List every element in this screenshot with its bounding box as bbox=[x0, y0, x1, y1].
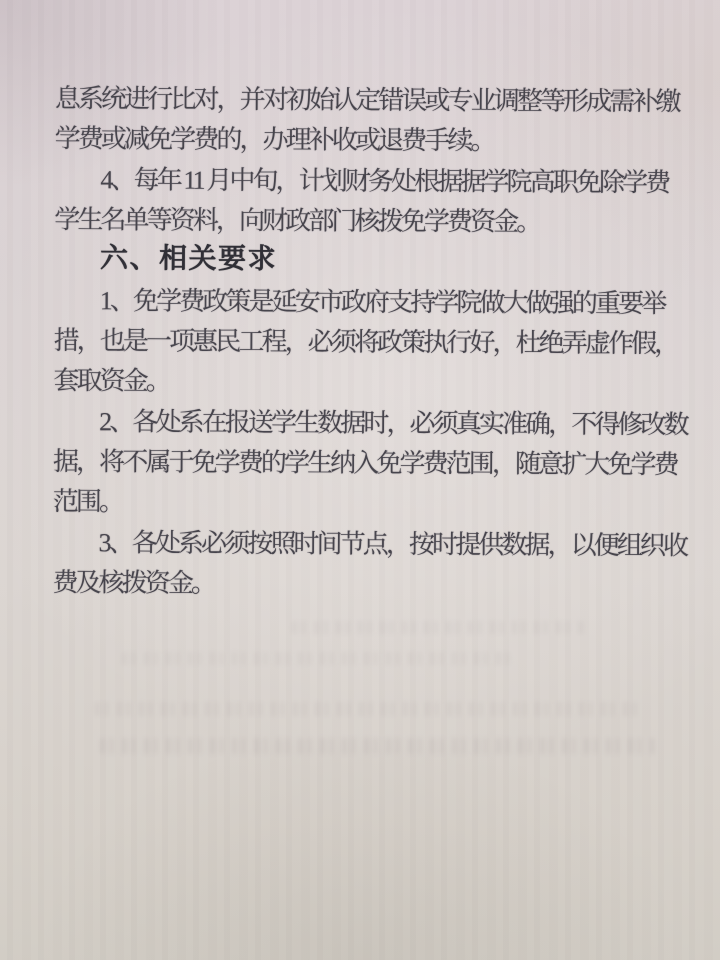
document-line: 费及核拨资金。 bbox=[52, 563, 684, 607]
ink-bleedthrough-smudge bbox=[292, 621, 587, 634]
document-line: 学费或减免学费的，办理补收或退费手续。 bbox=[55, 119, 687, 163]
document-line: 范围。 bbox=[53, 482, 685, 526]
document-text-block: 息系统进行比对，并对初始认定错误或专业调整等形成需补缴 学费或减免学费的，办理补… bbox=[52, 79, 687, 607]
document-line: 学生名单等资料，向财政部门核拨免学费资金。 bbox=[54, 200, 686, 244]
document-line: 措，也是一项惠民工程，必须将政策执行好，杜绝弄虚作假， bbox=[54, 321, 686, 365]
document-page: 息系统进行比对，并对初始认定错误或专业调整等形成需补缴 学费或减免学费的，办理补… bbox=[0, 0, 720, 960]
document-line: 息系统进行比对，并对初始认定错误或专业调整等形成需补缴 bbox=[55, 79, 687, 123]
document-line: 据，将不属于免学费的学生纳入免学费范围，随意扩大免学费 bbox=[53, 442, 685, 486]
ink-bleedthrough-smudge bbox=[95, 702, 640, 716]
section-heading: 六、相关要求 bbox=[54, 238, 686, 282]
document-line: 3、各处系必须按照时间节点，按时提供数据，以便组织收 bbox=[52, 523, 684, 567]
document-line: 2、各处系在报送学生数据时，必须真实准确，不得修改数 bbox=[53, 402, 685, 446]
document-line: 1、免学费政策是延安市政府支持学院做大做强的重要举 bbox=[54, 281, 686, 325]
document-line: 套取资金。 bbox=[53, 361, 685, 405]
ink-bleedthrough-smudge bbox=[100, 738, 656, 754]
document-line: 4、每年 11 月中旬，计划财务处根据据学院高职免除学费 bbox=[54, 160, 686, 204]
ink-bleedthrough-smudge bbox=[122, 652, 510, 665]
